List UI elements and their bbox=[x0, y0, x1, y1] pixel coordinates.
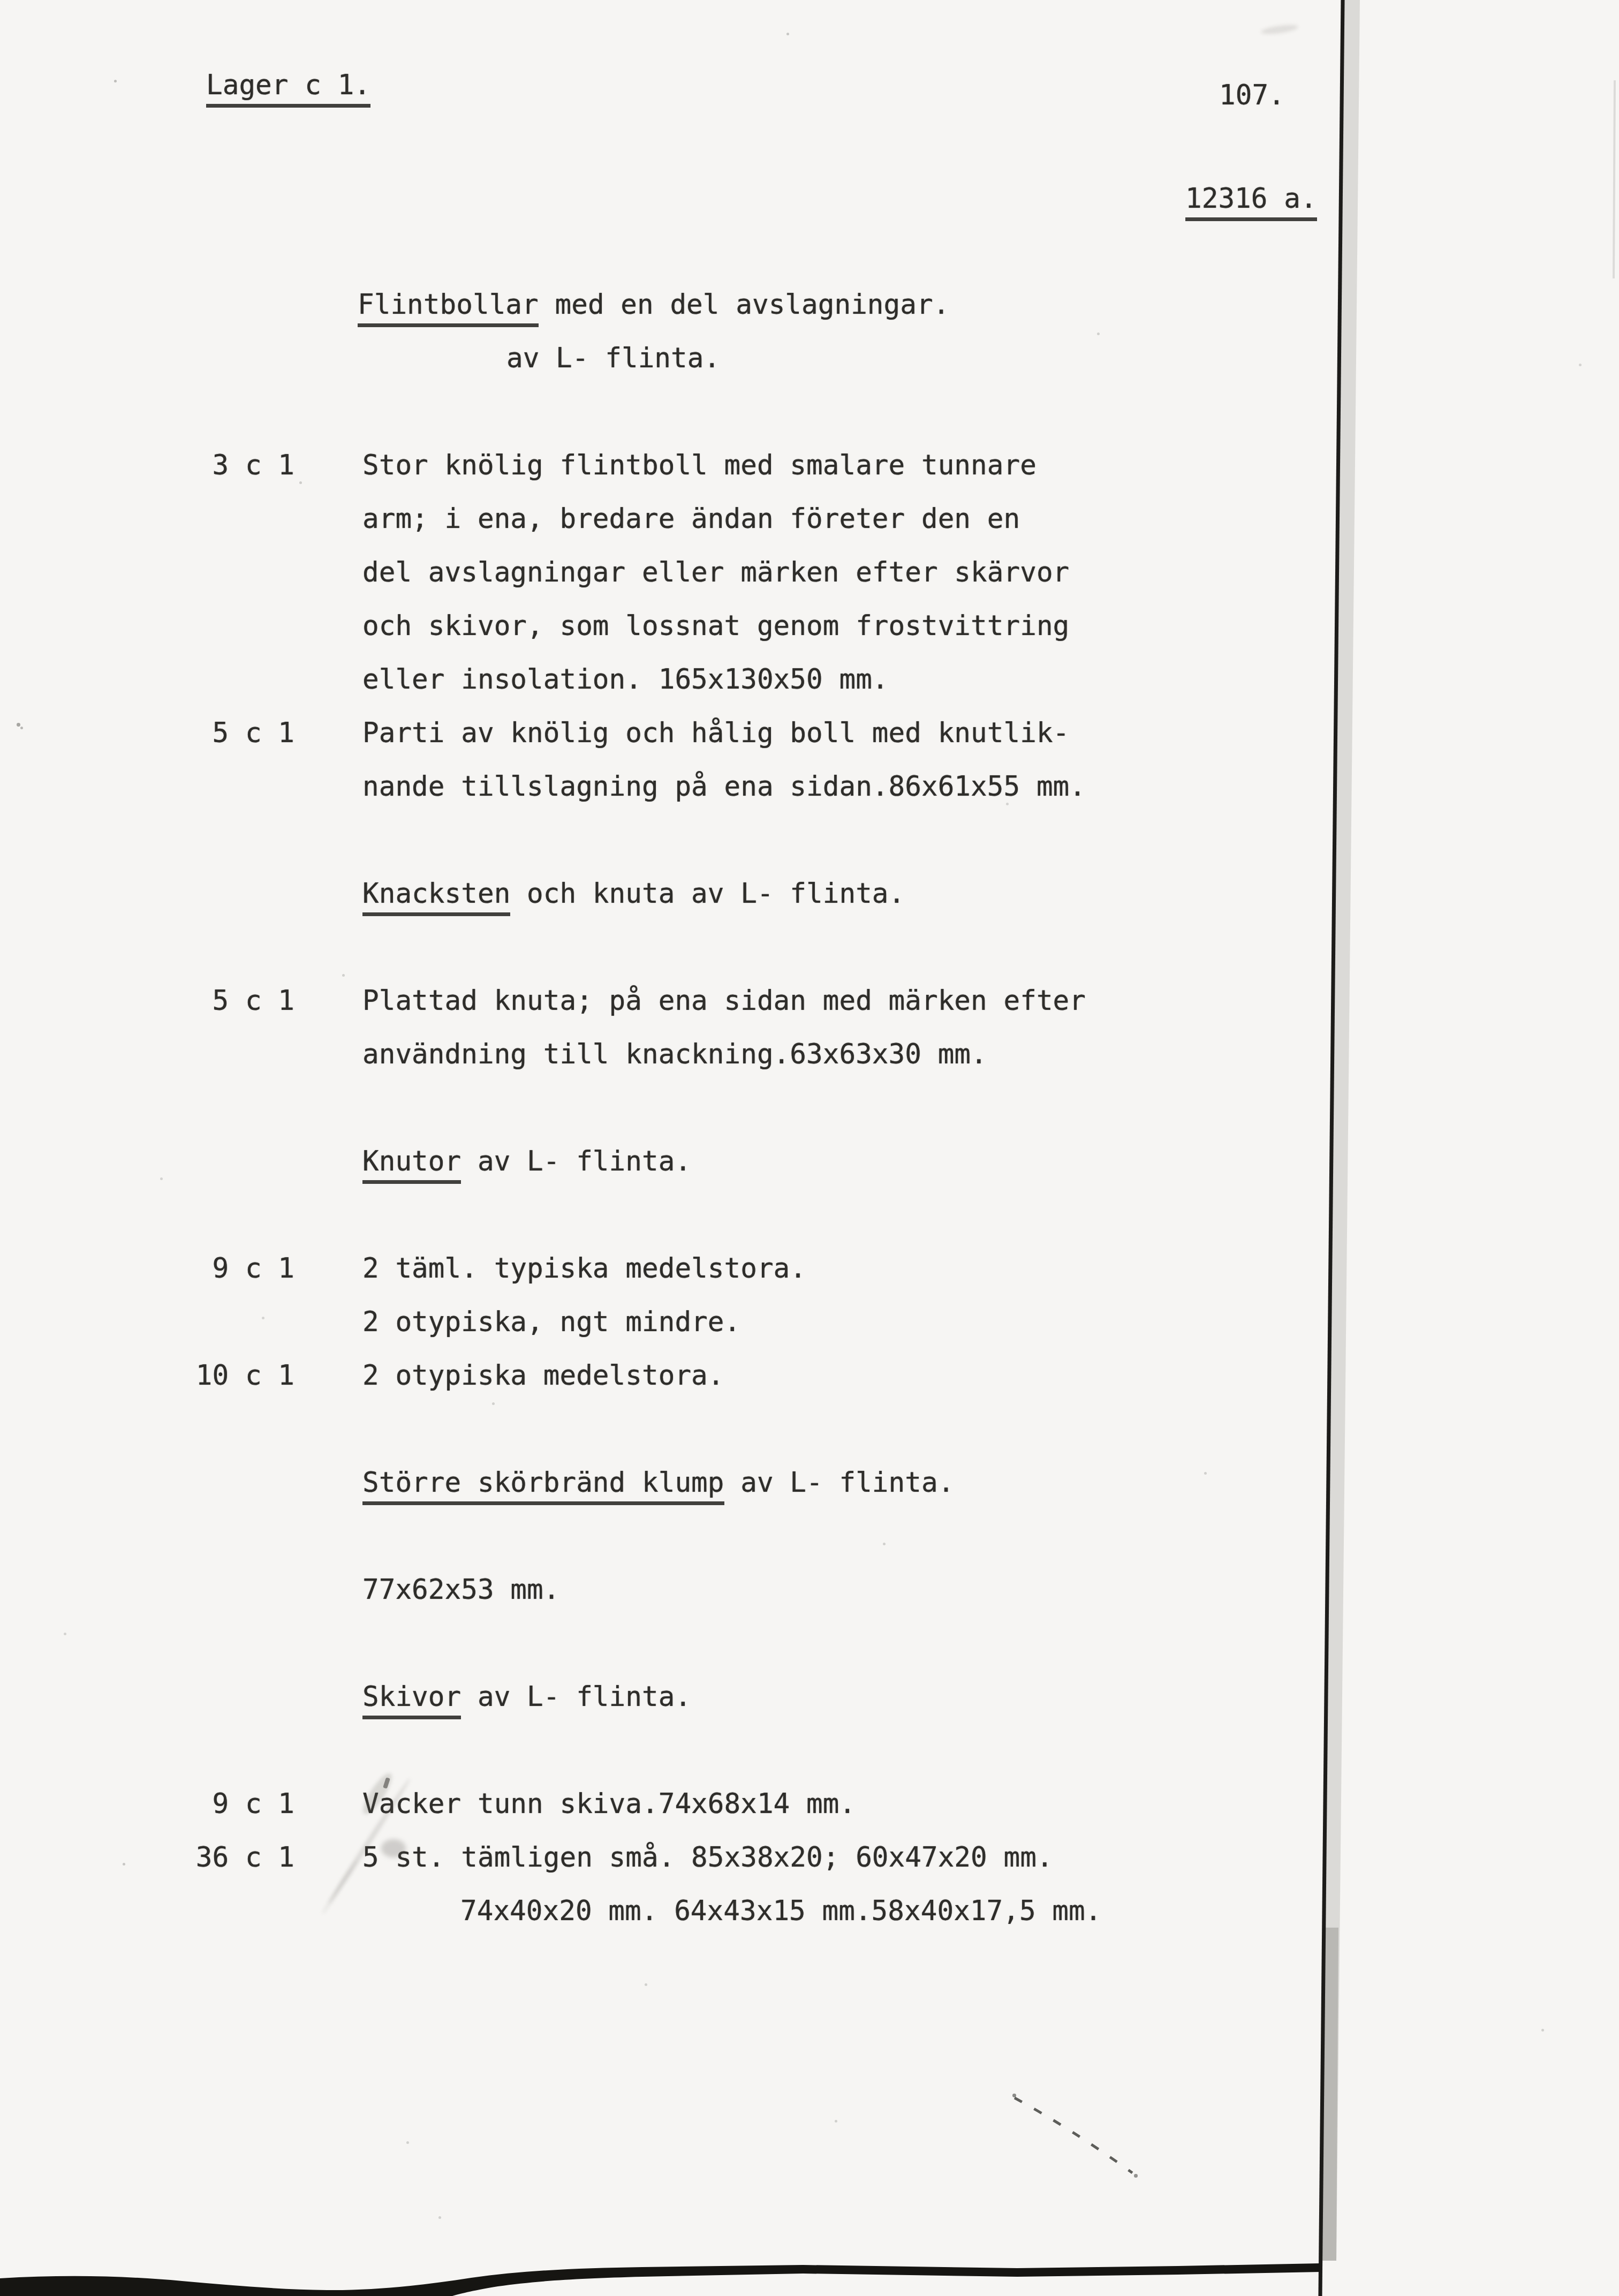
catalog-entry-line: 2 otypiska, ngt mindre. bbox=[0, 1296, 1619, 1349]
heading-text: Knutor av L- flinta. bbox=[362, 1135, 691, 1189]
layer-label: Lager c 1. bbox=[206, 59, 370, 112]
entry-label: 9 c 1 bbox=[139, 1778, 294, 1831]
catalog-entry-line: arm; i ena, bredare ändan företer den en bbox=[0, 493, 1619, 546]
heading-text: Knacksten och knuta av L- flinta. bbox=[362, 867, 905, 921]
underlined-text: Knacksten bbox=[362, 878, 510, 916]
document-subtitle: av L- flinta. bbox=[0, 332, 1619, 386]
entry-text: 77x62x53 mm. bbox=[362, 1564, 559, 1617]
catalog-entry-line: 77x62x53 mm. bbox=[0, 1564, 1619, 1617]
accession-number-text: 12316 a. bbox=[1185, 183, 1317, 221]
section-heading: Större skörbränd klump av L- flinta. bbox=[0, 1456, 1619, 1510]
section-heading: Knutor av L- flinta. bbox=[0, 1135, 1619, 1189]
plain-text: av L- flinta. bbox=[461, 1146, 691, 1177]
entry-text: 2 otypiska medelstora. bbox=[362, 1349, 724, 1403]
entry-text: del avslagningar eller märken efter skär… bbox=[362, 546, 1069, 600]
heading-text: Skivor av L- flinta. bbox=[362, 1671, 691, 1724]
entry-label: 3 c 1 bbox=[139, 439, 294, 493]
entry-text: Parti av knölig och hålig boll med knutl… bbox=[362, 707, 1069, 760]
heading-text: Flintbollar med en del avslagningar. bbox=[358, 278, 949, 332]
entry-label: 5 c 1 bbox=[139, 707, 294, 760]
underlined-text: Större skörbränd klump bbox=[362, 1467, 724, 1505]
plain-text: av L- flinta. bbox=[724, 1467, 955, 1499]
catalog-entry-line: 9 c 12 täml. typiska medelstora. bbox=[0, 1242, 1619, 1296]
entry-text: och skivor, som lossnat genom frostvittr… bbox=[362, 600, 1069, 653]
entry-text: 5 st. tämligen små. 85x38x20; 60x47x20 m… bbox=[362, 1831, 1053, 1885]
heading-text: Större skörbränd klump av L- flinta. bbox=[362, 1456, 954, 1510]
right-edge-streak bbox=[1614, 80, 1615, 278]
page-number: 107. bbox=[1219, 69, 1285, 123]
catalog-entry-line: 10 c 12 otypiska medelstora. bbox=[0, 1349, 1619, 1403]
catalog-entry-line: 74x40x20 mm. 64x43x15 mm.58x40x17,5 mm. bbox=[0, 1885, 1619, 1938]
entry-text: 2 otypiska, ngt mindre. bbox=[362, 1296, 740, 1349]
catalog-entry-line: 9 c 1Vacker tunn skiva.74x68x14 mm. bbox=[0, 1778, 1619, 1831]
underlined-text: Skivor bbox=[362, 1681, 461, 1719]
plain-text: och knuta av L- flinta. bbox=[510, 878, 905, 910]
entry-text: Stor knölig flintboll med smalare tunnar… bbox=[362, 439, 1037, 493]
entry-text: 74x40x20 mm. 64x43x15 mm.58x40x17,5 mm. bbox=[460, 1885, 1101, 1938]
scratch-mark bbox=[1015, 2098, 1132, 2173]
heading-text: av L- flinta. bbox=[506, 332, 720, 386]
document-title: Flintbollar med en del avslagningar. bbox=[0, 278, 1619, 332]
underlined-text: Knutor bbox=[362, 1146, 461, 1184]
faint-smudge bbox=[1260, 23, 1298, 36]
bottom-edge-shadow bbox=[0, 2263, 1320, 2296]
catalog-entry-line: användning till knackning.63x63x30 mm. bbox=[0, 1028, 1619, 1082]
entry-text: nande tillslagning på ena sidan.86x61x55… bbox=[362, 760, 1086, 814]
layer-label-text: Lager c 1. bbox=[206, 70, 370, 108]
catalog-entry-line: eller insolation. 165x130x50 mm. bbox=[0, 653, 1619, 707]
catalog-entry-line: 5 c 1Plattad knuta; på ena sidan med mär… bbox=[0, 975, 1619, 1028]
page-edge-band-lower bbox=[1321, 1928, 1338, 2261]
catalog-entry-line: 36 c 15 st. tämligen små. 85x38x20; 60x4… bbox=[0, 1831, 1619, 1885]
catalog-entry-line: 5 c 1Parti av knölig och hålig boll med … bbox=[0, 707, 1619, 760]
catalog-entry-line: och skivor, som lossnat genom frostvittr… bbox=[0, 600, 1619, 653]
entry-label: 5 c 1 bbox=[139, 975, 294, 1028]
section-heading: Skivor av L- flinta. bbox=[0, 1671, 1619, 1724]
catalog-entry-line: del avslagningar eller märken efter skär… bbox=[0, 546, 1619, 600]
accession-number: 12316 a. bbox=[1185, 172, 1317, 226]
entry-label: 36 c 1 bbox=[139, 1831, 294, 1885]
paper-speckles bbox=[0, 0, 2, 2]
plain-text: med en del avslagningar. bbox=[539, 289, 950, 321]
entry-text: arm; i ena, bredare ändan företer den en bbox=[362, 493, 1020, 546]
catalog-body: Flintbollar med en del avslagningar.av L… bbox=[0, 278, 1619, 1938]
plain-text: av L- flinta. bbox=[506, 343, 720, 374]
entry-text: 2 täml. typiska medelstora. bbox=[362, 1242, 806, 1296]
entry-text: Vacker tunn skiva.74x68x14 mm. bbox=[362, 1778, 856, 1831]
entry-text: Plattad knuta; på ena sidan med märken e… bbox=[362, 975, 1086, 1028]
entry-label: 9 c 1 bbox=[139, 1242, 294, 1296]
underlined-text: Flintbollar bbox=[358, 289, 539, 327]
catalog-entry-line: nande tillslagning på ena sidan.86x61x55… bbox=[0, 760, 1619, 814]
entry-text: användning till knackning.63x63x30 mm. bbox=[362, 1028, 987, 1082]
plain-text: av L- flinta. bbox=[461, 1681, 691, 1713]
scanned-document-page: Lager c 1. 107. 12316 a. Flintbollar med… bbox=[0, 0, 1619, 2296]
section-heading: Knacksten och knuta av L- flinta. bbox=[0, 867, 1619, 921]
entry-label: 10 c 1 bbox=[139, 1349, 294, 1403]
catalog-entry-line: 3 c 1Stor knölig flintboll med smalare t… bbox=[0, 439, 1619, 493]
entry-text: eller insolation. 165x130x50 mm. bbox=[362, 653, 889, 707]
